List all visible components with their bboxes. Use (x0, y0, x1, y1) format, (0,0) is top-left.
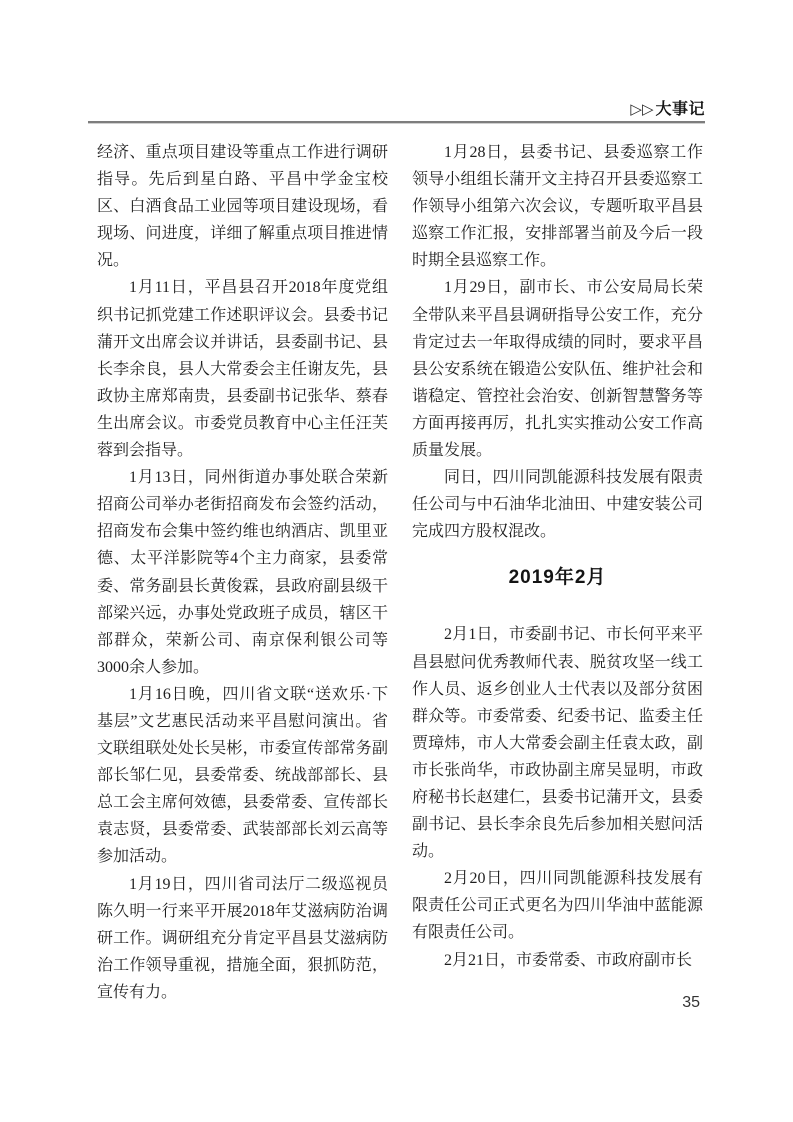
right-column: 1月28日，县委书记、县委巡察工作领导小组组长蒲开文主持召开县委巡察工作领导小组… (412, 139, 703, 1006)
entry-paragraph: 1月19日，四川省司法厅二级巡视员陈久明一行来平开展2018年艾滋病防治调研工作… (97, 871, 388, 1006)
entry-paragraph: 1月11日，平昌县召开2018年度党组织书记抓党建工作述职评议会。县委书记蒲开文… (97, 274, 388, 464)
section-heading: 2019年2月 (412, 567, 703, 589)
left-column: 经济、重点项目建设等重点工作进行调研指导。先后到星白路、平昌中学金宝校区、白酒食… (97, 139, 388, 1006)
entry-paragraph: 1月29日，副市长、市公安局局长荣全带队来平昌县调研指导公安工作，充分肯定过去一… (412, 274, 703, 464)
entry-paragraph: 1月13日，同州街道办事处联合荣新招商公司举办老街招商发布会签约活动，招商发布会… (97, 464, 388, 681)
arrow-marks-icon: ▷▷ (630, 101, 653, 118)
entry-paragraph: 2月1日，市委副书记、市长何平来平昌县慰问优秀教师代表、脱贫攻坚一线工作人员、返… (412, 621, 703, 865)
entry-paragraph: 同日，四川同凯能源科技发展有限责任公司与中石油华北油田、中建安装公司完成四方股权… (412, 464, 703, 545)
running-head-title: 大事记 (655, 101, 705, 118)
entry-paragraph: 2月21日，市委常委、市政府副市长 (412, 947, 703, 974)
entry-paragraph: 1月28日，县委书记、县委巡察工作领导小组组长蒲开文主持召开县委巡察工作领导小组… (412, 139, 703, 274)
document-page: ▷▷大事记 经济、重点项目建设等重点工作进行调研指导。先后到星白路、平昌中学金宝… (0, 0, 793, 1122)
entry-paragraph: 1月16日晚，四川省文联“送欢乐·下基层”文艺惠民活动来平昌慰问演出。省文联组联… (97, 681, 388, 871)
paragraph-continuation: 经济、重点项目建设等重点工作进行调研指导。先后到星白路、平昌中学金宝校区、白酒食… (97, 139, 388, 274)
entry-paragraph: 2月20日，四川同凯能源科技发展有限责任公司正式更名为四川华油中蓝能源有限责任公… (412, 865, 703, 946)
running-head: ▷▷大事记 (88, 96, 705, 119)
page-number: 35 (682, 994, 700, 1012)
text-columns: 经济、重点项目建设等重点工作进行调研指导。先后到星白路、平昌中学金宝校区、白酒食… (97, 139, 703, 1006)
header-rule (88, 121, 705, 124)
